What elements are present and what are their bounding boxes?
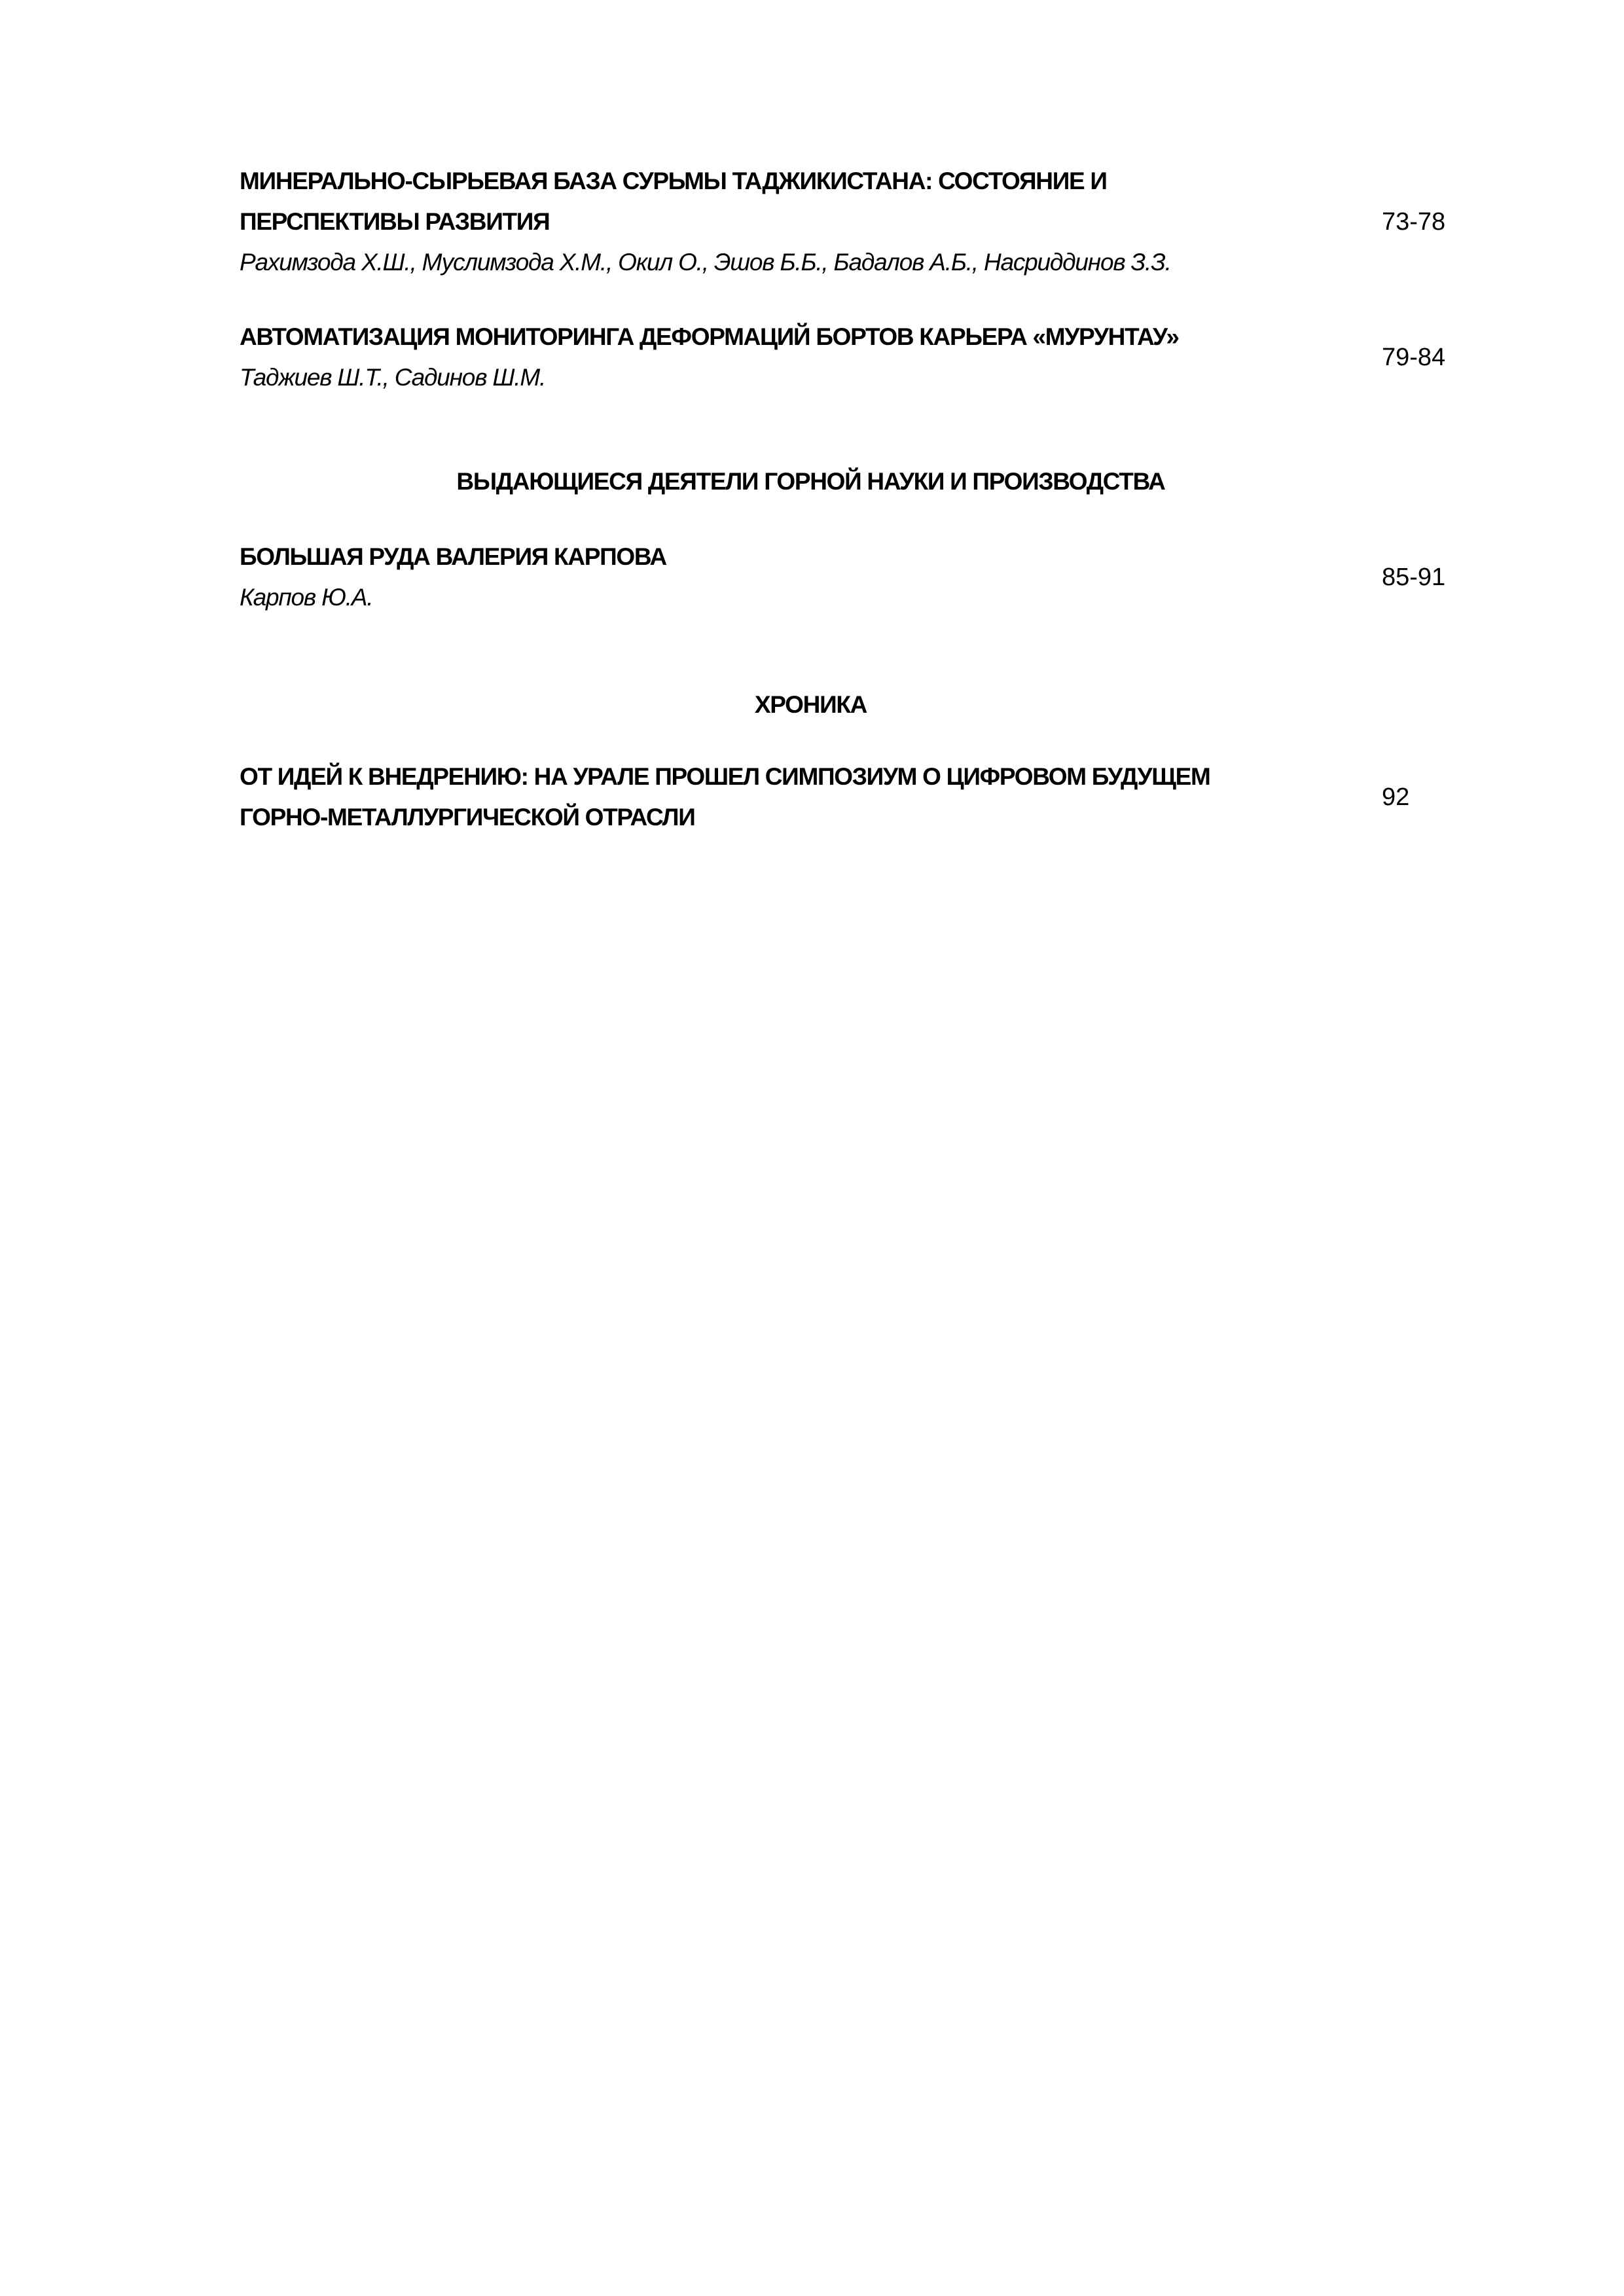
section-heading: ХРОНИКА <box>240 685 1382 725</box>
toc-entry-text: ОТ ИДЕЙ К ВНЕДРЕНИЮ: НА УРАЛЕ ПРОШЕЛ СИМ… <box>240 757 1372 838</box>
entry-title-line[interactable]: МИНЕРАЛЬНО-СЫРЬЕВАЯ БАЗА СУРЬМЫ ТАДЖИКИС… <box>240 161 1372 202</box>
entry-pages: 92 <box>1382 777 1409 817</box>
toc-entry-text: МИНЕРАЛЬНО-СЫРЬЕВАЯ БАЗА СУРЬМЫ ТАДЖИКИС… <box>240 161 1372 283</box>
entry-title-line[interactable]: ОТ ИДЕЙ К ВНЕДРЕНИЮ: НА УРАЛЕ ПРОШЕЛ СИМ… <box>240 757 1372 797</box>
entry-pages: 73-78 <box>1382 202 1445 242</box>
section-heading: ВЫДАЮЩИЕСЯ ДЕЯТЕЛИ ГОРНОЙ НАУКИ И ПРОИЗВ… <box>240 461 1382 502</box>
entry-authors: Рахимзода Х.Ш., Муслимзода Х.М., Окил О.… <box>240 242 1372 283</box>
entry-pages: 85-91 <box>1382 557 1445 598</box>
entry-pages: 79-84 <box>1382 337 1445 378</box>
entry-title-line[interactable]: АВТОМАТИЗАЦИЯ МОНИТОРИНГА ДЕФОРМАЦИЙ БОР… <box>240 317 1372 357</box>
toc-entry[interactable]: ОТ ИДЕЙ К ВНЕДРЕНИЮ: НА УРАЛЕ ПРОШЕЛ СИМ… <box>240 757 1457 838</box>
toc-page: МИНЕРАЛЬНО-СЫРЬЕВАЯ БАЗА СУРЬМЫ ТАДЖИКИС… <box>0 0 1624 2296</box>
toc-entry-text: АВТОМАТИЗАЦИЯ МОНИТОРИНГА ДЕФОРМАЦИЙ БОР… <box>240 317 1372 398</box>
toc-entry[interactable]: БОЛЬШАЯ РУДА ВАЛЕРИЯ КАРПОВА Карпов Ю.А.… <box>240 537 1457 618</box>
entry-title-line[interactable]: БОЛЬШАЯ РУДА ВАЛЕРИЯ КАРПОВА <box>240 537 1372 577</box>
entry-title-line[interactable]: ПЕРСПЕКТИВЫ РАЗВИТИЯ <box>240 202 1372 242</box>
entry-authors: Таджиев Ш.Т., Садинов Ш.М. <box>240 357 1372 398</box>
entry-title-line[interactable]: ГОРНО-МЕТАЛЛУРГИЧЕСКОЙ ОТРАСЛИ <box>240 797 1372 838</box>
toc-entry[interactable]: МИНЕРАЛЬНО-СЫРЬЕВАЯ БАЗА СУРЬМЫ ТАДЖИКИС… <box>240 161 1457 283</box>
toc-entry-text: БОЛЬШАЯ РУДА ВАЛЕРИЯ КАРПОВА Карпов Ю.А. <box>240 537 1372 618</box>
toc-entry[interactable]: АВТОМАТИЗАЦИЯ МОНИТОРИНГА ДЕФОРМАЦИЙ БОР… <box>240 317 1457 398</box>
entry-authors: Карпов Ю.А. <box>240 577 1372 618</box>
